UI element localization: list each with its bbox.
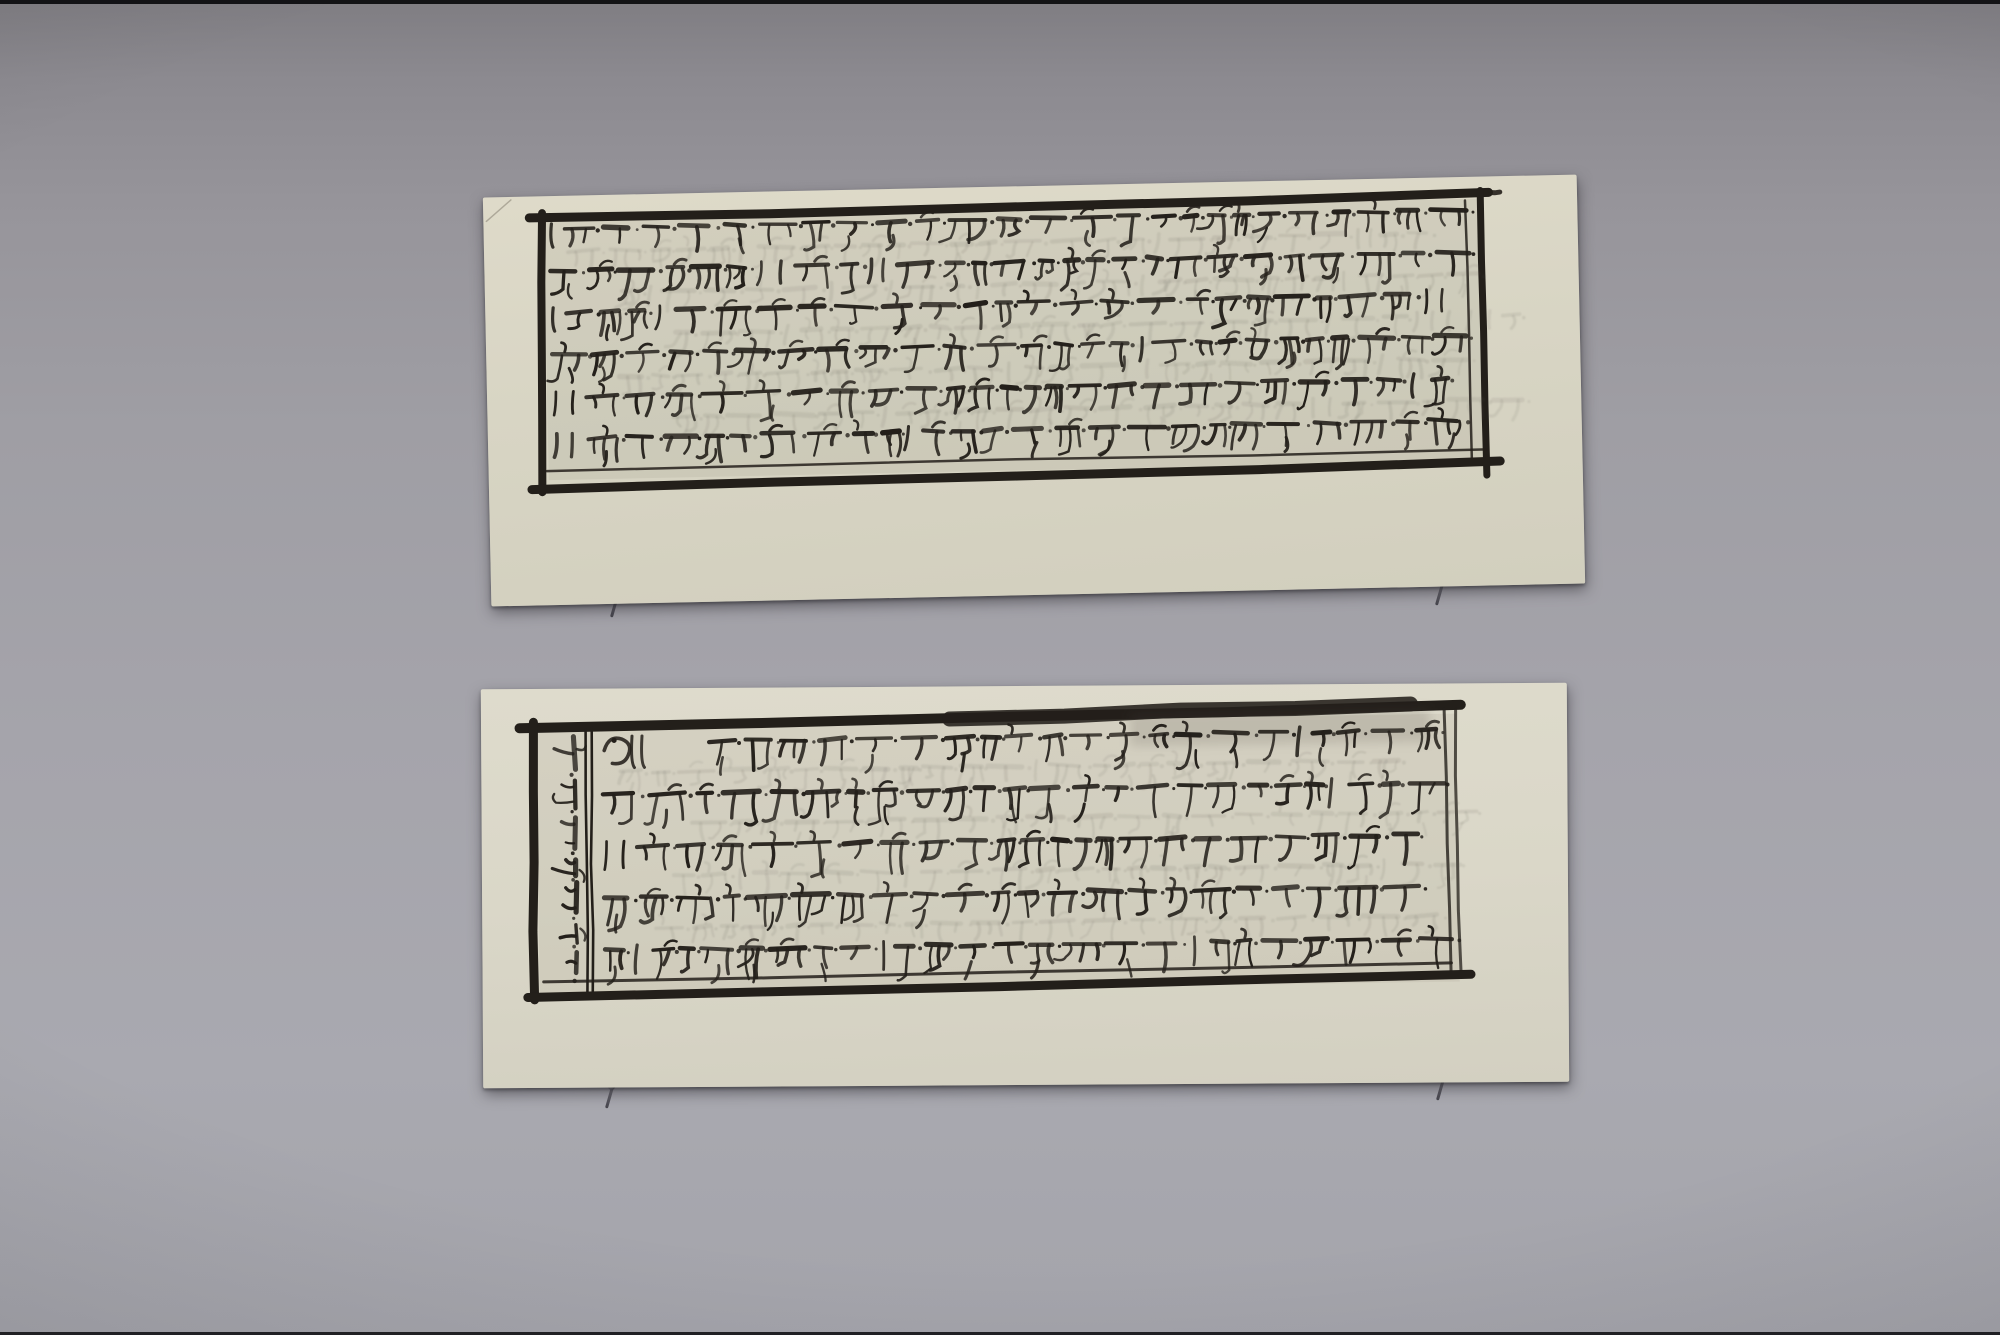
photo-top-edge [0, 0, 2000, 4]
manuscript-leaf-bottom-print [481, 683, 1569, 1089]
manuscript-leaf-bottom [481, 683, 1569, 1089]
pin-shaft [1435, 584, 1444, 606]
manuscript-leaf-top [483, 175, 1585, 607]
manuscript-leaf-top-print [483, 175, 1585, 607]
pin-shaft [605, 1087, 614, 1109]
photograph [0, 0, 2000, 1335]
